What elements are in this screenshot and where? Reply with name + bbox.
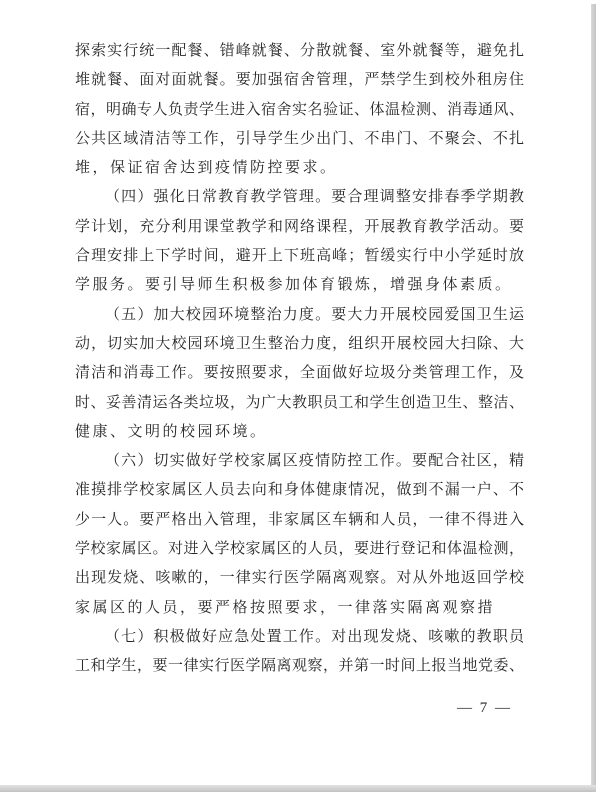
text-line: 清洁和消毒工作。要按照要求，全面做好垃圾分类管理工作，及 xyxy=(75,359,524,388)
text-line: 合理安排上下学时间，避开上下班高峰；暂缓实行中小学延时放 xyxy=(75,242,524,271)
text-line: （七）积极做好应急处置工作。对出现发烧、咳嗽的教职员 xyxy=(75,623,524,652)
text-line: （五）加大校园环境整治力度。要大力开展校园爱国卫生运 xyxy=(75,301,524,330)
text-line: 堆，保证宿舍达到疫情防控要求。 xyxy=(75,154,524,183)
text-line: 出现发烧、咳嗽的，一律实行医学隔离观察。对从外地返回学校 xyxy=(75,564,524,593)
paragraph-section-7: （七）积极做好应急处置工作。对出现发烧、咳嗽的教职员 工和学生，要一律实行医学隔… xyxy=(75,623,524,682)
paragraph-continuation: 探索实行统一配餐、错峰就餐、分散就餐、室外就餐等，避免扎 堆就餐、面对面就餐。要… xyxy=(75,37,524,183)
text-line: （四）强化日常教育教学管理。要合理调整安排春季学期教 xyxy=(75,183,524,212)
text-line: 工和学生，要一律实行医学隔离观察，并第一时间上报当地党委、 xyxy=(75,652,524,681)
text-line: 学计划，充分利用课堂教学和网络课程，开展教育教学活动。要 xyxy=(75,213,524,242)
text-line: 时、妥善清运各类垃圾，为广大教职员工和学生创造卫生、整洁、 xyxy=(75,389,524,418)
page-edge-bottom xyxy=(0,785,596,792)
text-line: 探索实行统一配餐、错峰就餐、分散就餐、室外就餐等，避免扎 xyxy=(75,37,524,66)
document-page: 探索实行统一配餐、错峰就餐、分散就餐、室外就餐等，避免扎 堆就餐、面对面就餐。要… xyxy=(0,0,596,792)
text-line: 健康、文明的校园环境。 xyxy=(75,418,524,447)
text-line: 家属区的人员，要严格按照要求，一律落实隔离观察措施。 xyxy=(75,594,524,623)
paragraph-section-6: （六）切实做好学校家属区疫情防控工作。要配合社区，精 准摸排学校家属区人员去向和… xyxy=(75,447,524,623)
text-line: 动，切实加大校园环境卫生整治力度，组织开展校园大扫除、大 xyxy=(75,330,524,359)
text-line: 堆就餐、面对面就餐。要加强宿舍管理，严禁学生到校外租房住 xyxy=(75,66,524,95)
text-line: 学校家属区。对进入学校家属区的人员，要进行登记和体温检测， xyxy=(75,535,524,564)
text-line: 准摸排学校家属区人员去向和身体健康情况，做到不漏一户、不 xyxy=(75,476,524,505)
text-line: 公共区域清洁等工作，引导学生少出门、不串门、不聚会、不扎 xyxy=(75,125,524,154)
paragraph-section-5: （五）加大校园环境整治力度。要大力开展校园爱国卫生运 动，切实加大校园环境卫生整… xyxy=(75,301,524,447)
page-edge-right xyxy=(591,4,596,792)
document-body: 探索实行统一配餐、错峰就餐、分散就餐、室外就餐等，避免扎 堆就餐、面对面就餐。要… xyxy=(75,37,524,682)
text-line: 学服务。要引导师生积极参加体育锻炼，增强身体素质。 xyxy=(75,271,524,300)
text-line: （六）切实做好学校家属区疫情防控工作。要配合社区，精 xyxy=(75,447,524,476)
text-line: 少一人。要严格出入管理，非家属区车辆和人员，一律不得进入 xyxy=(75,506,524,535)
page-number: — 7 — xyxy=(457,700,512,717)
text-line: 宿，明确专人负责学生进入宿舍实名验证、体温检测、消毒通风、 xyxy=(75,96,524,125)
paragraph-section-4: （四）强化日常教育教学管理。要合理调整安排春季学期教 学计划，充分利用课堂教学和… xyxy=(75,183,524,300)
